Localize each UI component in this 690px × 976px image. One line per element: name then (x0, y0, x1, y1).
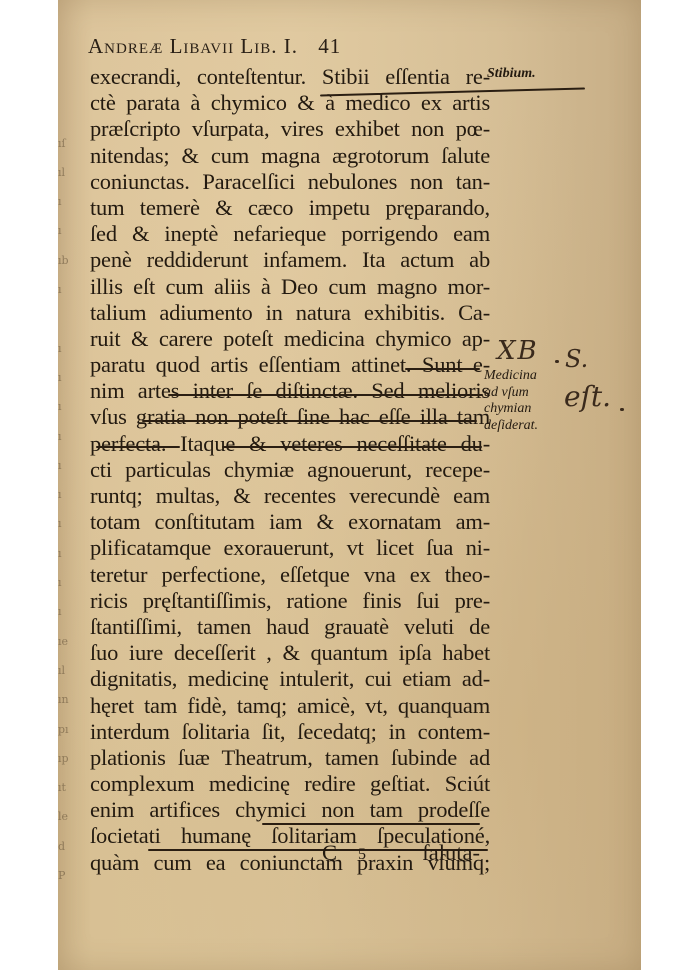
page-number: 41 (318, 34, 341, 58)
text-line: tum temerè & cæco impetu pręparando, (90, 195, 490, 221)
underline-stroke (405, 368, 480, 370)
text-line: ricis pręſtantiſſimis, ratione finis ſui… (90, 588, 490, 614)
signature-number: 5 (358, 846, 366, 864)
text-line: ſuo iure deceſſerit , & quantum ipſa hab… (90, 640, 490, 666)
catchword: ſaluta- (423, 840, 480, 866)
handwritten-annotation-s: S. (565, 345, 588, 373)
text-line: ſtantiſſimi, tamen haud grauatè veluti d… (90, 614, 490, 640)
signature-mark: C (322, 840, 337, 866)
text-line: coniunctas. Paracelſici nebulones non ta… (90, 169, 490, 195)
underline-stroke (262, 823, 480, 825)
text-line: plificatamque exorauerunt, vt licet ſua … (90, 535, 490, 561)
text-line: talium adiumento in natura exhibitis. Ca… (90, 300, 490, 326)
text-line: penè reddiderunt infamem. Ita actum ab (90, 247, 490, 273)
underline-stroke (96, 446, 180, 448)
text-line: plationis ſuæ Theatrum, tamen ſubinde ad (90, 745, 490, 771)
margin-note-line: chymian (484, 401, 538, 418)
margin-note-stibium: Stibium. (487, 66, 536, 82)
text-line: nitendas; & cum magna ægrotorum ſalute (90, 143, 490, 169)
handwritten-annotation-est: eſt. (564, 380, 611, 413)
text-line: execrandi, conteſtentur. Stibii eſſentia… (90, 64, 490, 90)
text-line: nim artes inter ſe diſtinctæ. Sed melior… (90, 378, 490, 404)
text-line: totam conſtitutam iam & exornatam am- (90, 509, 490, 535)
text-line: illis eſt cum aliis à Deo cum magno mor- (90, 274, 490, 300)
handwritten-annotation-xb: XB (497, 336, 539, 366)
text-line: runtq; multas, & recentes verecundè eam (90, 483, 490, 509)
bleed-through-text: ıſılıııbııııııııııııeılınpııpıtledP (58, 70, 74, 949)
text-line: perfecta. Itaque & veteres neceſſitate d… (90, 431, 490, 457)
underline-stroke (142, 420, 477, 422)
text-line: ruit & carere poteſt medicina chymico ap… (90, 326, 490, 352)
running-title: Andreæ Libavii Lib. I. (88, 34, 298, 58)
underline-stroke (168, 394, 483, 396)
ink-dot (555, 360, 559, 363)
margin-note-line: Medicina (484, 368, 538, 385)
text-line: complexum medicinę redire geſtiat. Sciút (90, 771, 490, 797)
margin-note-line: deſiderat. (484, 418, 538, 435)
text-line: dignitatis, medicinę intulerit, cui etia… (90, 666, 490, 692)
page-footer: C 5 ſaluta- (90, 840, 490, 870)
text-line: vſus gratia non poteſt ſine hac eſſe ill… (90, 404, 490, 430)
text-line: ctè parata à chymico & à medico ex artis (90, 90, 490, 116)
ink-dot (620, 408, 624, 411)
text-line: ſed & ineptè nefarieque porrigendo eam (90, 221, 490, 247)
text-line: præſcripto vſurpata, vires exhibet non p… (90, 116, 490, 142)
underline-stroke (222, 446, 482, 448)
text-line: teretur perfectione, eſſetque vna ex the… (90, 562, 490, 588)
running-header: Andreæ Libavii Lib. I. 41 (88, 34, 468, 59)
text-line: enim artifices chymici non tam prodeſſe (90, 797, 490, 823)
text-line: paratu quod artis eſſentiam attinet. Sun… (90, 352, 490, 378)
text-line: hęret tam fidè, tamq; amicè, vt, quanqua… (90, 693, 490, 719)
body-text: execrandi, conteſtentur. Stibii eſſentia… (90, 64, 490, 876)
text-line: cti particulas chymiæ agnouerunt, recepe… (90, 457, 490, 483)
margin-note-line: ad vſum (484, 385, 538, 402)
text-line: interdum ſolitaria ſit, ſecedatq; in con… (90, 719, 490, 745)
margin-note-medicina: Medicina ad vſum chymian deſiderat. (484, 368, 538, 434)
